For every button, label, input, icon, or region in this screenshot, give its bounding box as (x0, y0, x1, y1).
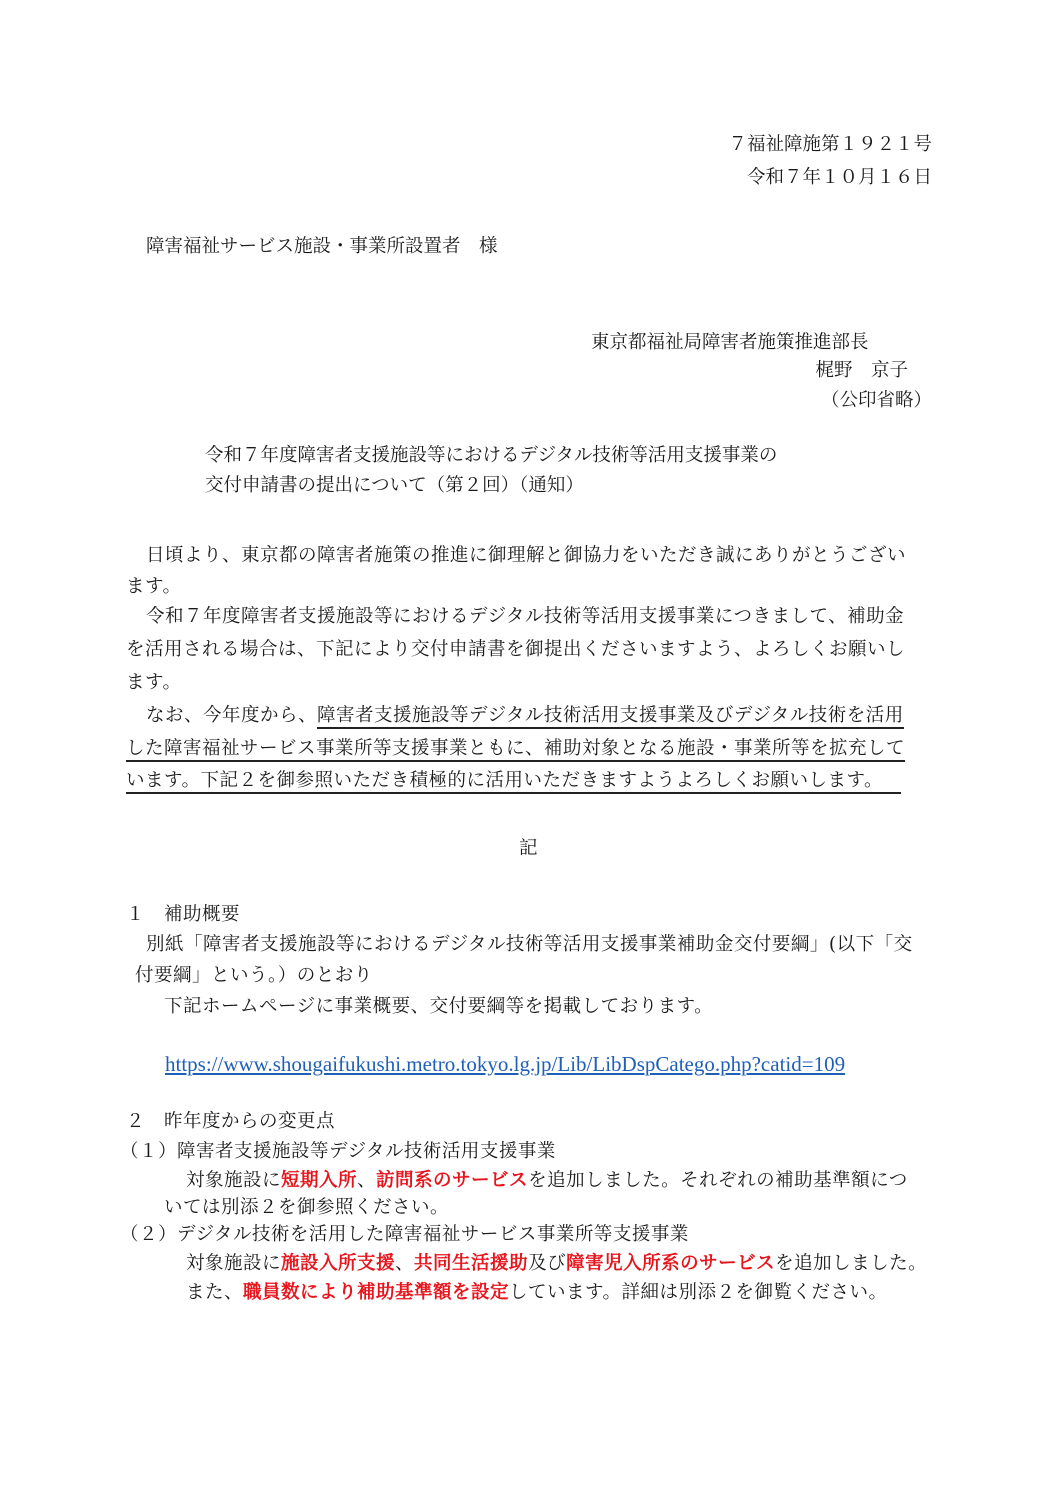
section2-sub1-heading: （１）障害者支援施設等デジタル技術活用支援事業 (120, 1137, 556, 1163)
seal-note: （公印省略） (821, 386, 932, 412)
body-p3-line2: した障害福祉サービス事業所等支援事業ともに、補助対象となる施設・事業所等を拡充し… (126, 734, 905, 760)
body-p1-line1: 日頃より、東京都の障害者施策の推進に御理解と御協力をいただき誠にありがとうござい (146, 541, 906, 567)
sender-org: 東京都福祉局障害者施策推進部長 (591, 328, 869, 354)
sender-name: 梶野 京子 (815, 356, 908, 382)
highlight-staff-count-standard: 職員数により補助基準額を設定 (243, 1282, 509, 1303)
highlight-group-home: 共同生活援助 (414, 1253, 528, 1274)
text: 対象施設に (186, 1253, 281, 1274)
body-p3-prefix: なお、今年度から、 (146, 705, 317, 726)
body-p3-line3: います。下記２を御参照いただき積極的に活用いただきますようよろしくお願いします。 (126, 766, 901, 792)
body-p2-line2: を活用される場合は、下記により交付申請書を御提出くださいますよう、よろしくお願い… (126, 635, 905, 661)
body-p3-underlined-2: した障害福祉サービス事業所等支援事業ともに、補助対象となる施設・事業所等を拡充し… (126, 738, 905, 762)
text: また、 (186, 1282, 243, 1303)
text: 対象施設に (186, 1170, 281, 1191)
highlight-child-admission: 障害児入所系のサービス (566, 1253, 775, 1274)
document-number: ７福祉障施第１９２１号 (728, 130, 932, 156)
section2-sub1-line1: 対象施設に短期入所、訪問系のサービスを追加しました。それぞれの補助基準額につ (186, 1166, 908, 1192)
body-p3-line1: なお、今年度から、障害者支援施設等デジタル技術活用支援事業及びデジタル技術を活用 (146, 701, 904, 727)
section1-line1: 別紙「障害者支援施設等におけるデジタル技術等活用支援事業補助金交付要綱」(以下「… (146, 930, 913, 956)
highlight-visit-services: 訪問系のサービス (376, 1170, 528, 1191)
ki-heading: 記 (519, 834, 538, 860)
text: しています。詳細は別添２を御覧ください。 (509, 1282, 888, 1303)
section1-line3: 下記ホームページに事業概要、交付要綱等を掲載しております。 (164, 992, 713, 1018)
section2-sub2-heading: （２）デジタル技術を活用した障害福祉サービス事業所等支援事業 (120, 1220, 689, 1246)
title-line-2: 交付申請書の提出について（第２回）（通知） (205, 471, 584, 497)
body-p2-line1: 令和７年度障害者支援施設等におけるデジタル技術等活用支援事業につきまして、補助金 (146, 602, 904, 628)
text: 及び (528, 1253, 566, 1274)
section1-line2: 付要綱」という。）のとおり (135, 961, 373, 987)
document-date: 令和７年１０月１６日 (747, 163, 932, 189)
homepage-link[interactable]: https://www.shougaifukushi.metro.tokyo.l… (165, 1052, 845, 1077)
body-p2-line3: ます。 (126, 668, 182, 694)
text: 、 (357, 1170, 376, 1191)
section2-heading: ２ 昨年度からの変更点 (126, 1107, 335, 1133)
body-p1-line2: ます。 (126, 572, 182, 598)
title-line-1: 令和７年度障害者支援施設等におけるデジタル技術等活用支援事業の (205, 441, 777, 467)
body-p3-underlined-1: 障害者支援施設等デジタル技術活用支援事業及びデジタル技術を活用 (317, 705, 904, 729)
text: 、 (395, 1253, 414, 1274)
section2-sub2-line2: また、職員数により補助基準額を設定しています。詳細は別添２を御覧ください。 (186, 1278, 888, 1304)
highlight-short-stay: 短期入所 (281, 1170, 357, 1191)
highlight-facility-admission: 施設入所支援 (281, 1253, 395, 1274)
section1-heading: １ 補助概要 (126, 900, 240, 926)
text: を追加しました。それぞれの補助基準額につ (528, 1170, 908, 1191)
body-p3-underlined-3: います。下記２を御参照いただき積極的に活用いただきますようよろしくお願いします。 (126, 770, 901, 794)
section2-sub1-line2: いては別添２を御参照ください。 (164, 1193, 449, 1219)
recipient: 障害福祉サービス施設・事業所設置者 様 (146, 232, 498, 258)
section2-sub2-line1: 対象施設に施設入所支援、共同生活援助及び障害児入所系のサービスを追加しました。 (186, 1249, 927, 1275)
text: を追加しました。 (775, 1253, 927, 1274)
